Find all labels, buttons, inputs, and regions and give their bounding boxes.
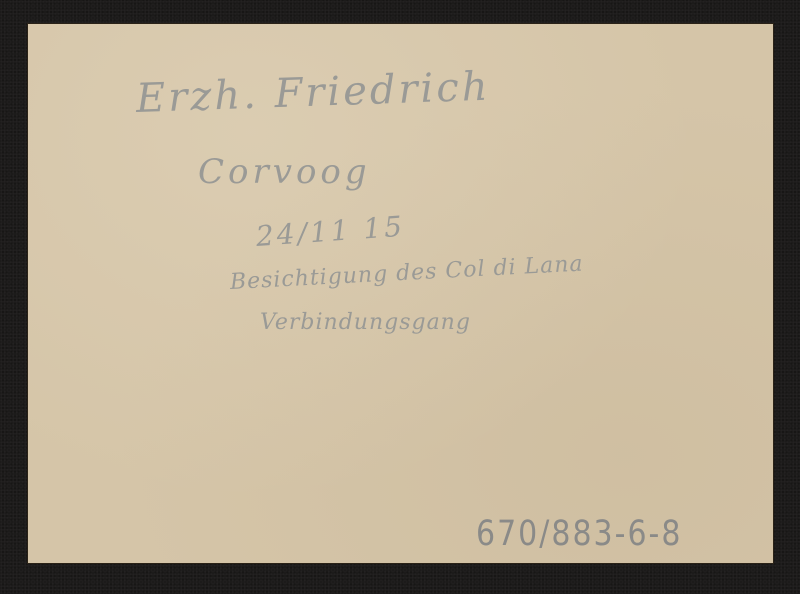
photo-card-back: Erzh. Friedrich Corvoog 24/11 15 Besicht… <box>28 24 773 563</box>
handwritten-place: Corvoog <box>198 152 371 192</box>
handwritten-date: 24/11 15 <box>255 210 406 253</box>
handwritten-description-line2: Verbindungsgang <box>260 310 471 335</box>
handwritten-name: Erzh. Friedrich <box>135 64 491 122</box>
handwritten-description-line1: Besichtigung des Col di Lana <box>229 251 584 294</box>
catalog-number: 670/883-6-8 <box>476 514 682 554</box>
